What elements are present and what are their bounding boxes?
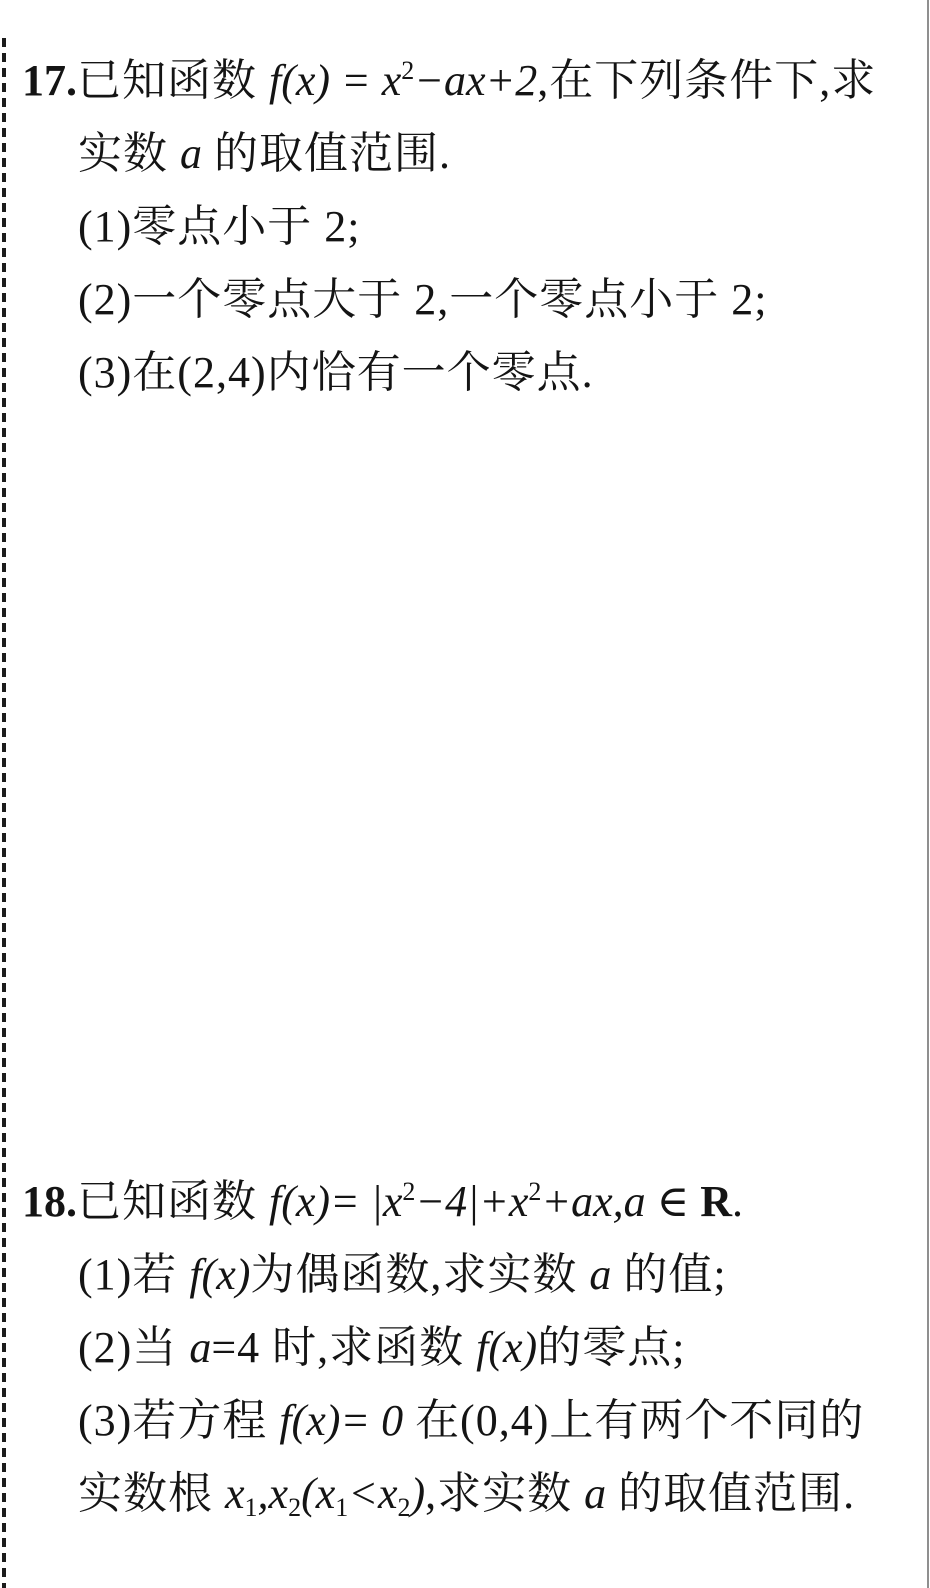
text-segment-cn: 实数根 [78, 1469, 225, 1518]
text-segment-cn: 已知函数 [77, 1177, 269, 1226]
text-segment-math: −ax+2 [414, 56, 537, 105]
problem-18: 18.已知函数 f(x)= |x2−4|+x2+ax,a ∈ R.(1)若 f(… [22, 1155, 904, 1544]
text-segment-math: ,x [258, 1469, 289, 1518]
text-segment-sup: 2 [401, 56, 414, 85]
answer-space [22, 409, 904, 1155]
text-segment-math: +ax,a ∈ [541, 1177, 700, 1226]
text-segment-math: f(x)= |x [269, 1177, 402, 1226]
text-segment-sup: 2 [402, 1177, 415, 1206]
text-segment-bold: R [700, 1177, 732, 1226]
page-content: 17.已知函数 f(x) = x2−ax+2,在下列条件下,求实数 a 的取值范… [22, 34, 904, 1544]
text-segment-math: a [180, 129, 202, 178]
text-segment-math: (x [301, 1469, 335, 1518]
text-segment-cn: 的取值范围. [606, 1469, 855, 1518]
text-line: 实数 a 的取值范围. [22, 117, 904, 190]
text-segment-math: f(x) [189, 1250, 250, 1299]
text-line: 18.已知函数 f(x)= |x2−4|+x2+ax,a ∈ R. [22, 1155, 904, 1238]
page-edge-right-rule [927, 0, 929, 1588]
text-segment-cn: (1)零点小于 2; [78, 202, 361, 251]
text-segment-cn: (2)当 [78, 1323, 189, 1372]
text-segment-sub: 2 [397, 1493, 410, 1522]
text-segment-sup: 2 [528, 1177, 541, 1206]
problem-17: 17.已知函数 f(x) = x2−ax+2,在下列条件下,求实数 a 的取值范… [22, 34, 904, 409]
text-line: (2)当 a=4 时,求函数 f(x)的零点; [22, 1311, 904, 1384]
text-segment-cn: (3)在(2,4)内恰有一个零点. [78, 348, 594, 397]
text-line: (3)在(2,4)内恰有一个零点. [22, 336, 904, 409]
text-segment-math: f(x) [476, 1323, 537, 1372]
text-segment-cn: 的零点; [537, 1323, 685, 1372]
text-segment-cn: 的值; [611, 1250, 726, 1299]
text-segment-cn: 在(0,4)上有两个不同的 [403, 1396, 864, 1445]
text-segment-sub: 2 [288, 1493, 301, 1522]
text-segment-cn: ,求实数 [425, 1469, 584, 1518]
page-edge-dashed-border [2, 38, 6, 1588]
text-line: (3)若方程 f(x)= 0 在(0,4)上有两个不同的 [22, 1384, 904, 1457]
text-segment-math: a [584, 1469, 606, 1518]
text-segment-cn: (3)若方程 [78, 1396, 279, 1445]
text-segment-math: a [589, 1250, 611, 1299]
text-segment-cn: =4 时,求函数 [211, 1323, 476, 1372]
text-line: (1)若 f(x)为偶函数,求实数 a 的值; [22, 1238, 904, 1311]
text-segment-math: ) [410, 1469, 425, 1518]
text-segment-cn: 实数 [78, 129, 180, 178]
text-segment-math: <x [348, 1469, 397, 1518]
text-segment-math: x [225, 1469, 245, 1518]
text-line: 17.已知函数 f(x) = x2−ax+2,在下列条件下,求 [22, 34, 904, 117]
text-segment-cn: (2)一个零点大于 2,一个零点小于 2; [78, 275, 768, 324]
text-segment-sub: 1 [335, 1493, 348, 1522]
text-line: (2)一个零点大于 2,一个零点小于 2; [22, 263, 904, 336]
text-segment-sub: 1 [245, 1493, 258, 1522]
text-segment-cn: ,在下列条件下,求 [537, 56, 876, 105]
text-line: (1)零点小于 2; [22, 190, 904, 263]
scanned-exam-page: { "colors": { "background": "#ffffff", "… [0, 0, 930, 1588]
text-segment-num: 17. [22, 56, 77, 105]
text-segment-math: f(x) = x [269, 56, 401, 105]
text-segment-num: 18. [22, 1177, 77, 1226]
text-segment-math: −4|+x [415, 1177, 528, 1226]
text-segment-cn: (1)若 [78, 1250, 189, 1299]
text-segment-math: a [189, 1323, 211, 1372]
text-segment-cn: 的取值范围. [202, 129, 451, 178]
text-segment-cn: . [732, 1177, 744, 1226]
text-segment-cn: 为偶函数,求实数 [250, 1250, 589, 1299]
text-segment-cn: 已知函数 [77, 56, 269, 105]
text-segment-math: f(x)= 0 [279, 1396, 403, 1445]
text-line: 实数根 x1,x2(x1<x2),求实数 a 的取值范围. [22, 1457, 904, 1544]
